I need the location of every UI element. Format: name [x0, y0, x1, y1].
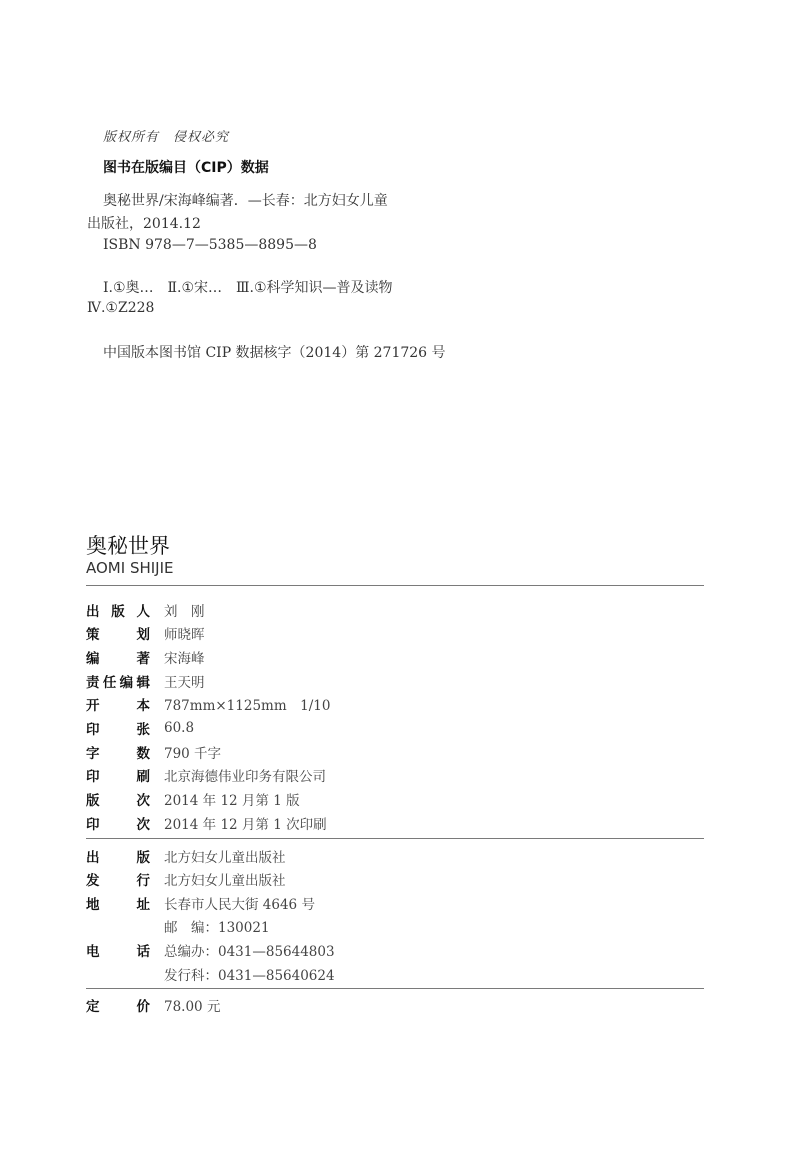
info-value: 北方妇女儿童出版社	[164, 846, 286, 866]
info-label: 出版人	[86, 600, 150, 620]
info-row: 地址长春市人民大街 4646 号	[86, 891, 315, 914]
label-char: 版	[86, 789, 100, 809]
label-char: 刷	[137, 765, 151, 785]
info-value: 发行科：0431—85640624	[164, 964, 335, 984]
info-label: 印刷	[86, 765, 150, 785]
info-row: 邮 编：130021	[86, 915, 270, 938]
label-char: 出	[86, 846, 100, 866]
info-value: 总编办：0431—85644803	[164, 940, 335, 960]
info-row: 印刷北京海德伟业印务有限公司	[86, 764, 326, 787]
info-row: 编著宋海峰	[86, 645, 205, 668]
cip-isbn: ISBN 978—7—5385—8895—8	[103, 237, 317, 253]
book-pinyin: AOMI SHIJIE	[86, 559, 174, 577]
info-row: 电话总编办：0431—85644803	[86, 938, 335, 961]
cip-verification: 中国版本图书馆 CIP 数据核字（2014）第 271726 号	[103, 342, 446, 362]
info-value: 邮 编：130021	[164, 916, 270, 936]
label-char: 电	[86, 940, 100, 960]
info-value: 787mm×1125mm 1/10	[164, 694, 330, 714]
label-char: 本	[137, 694, 151, 714]
label-char: 印	[86, 765, 100, 785]
info-row: 出版人刘 刚	[86, 598, 205, 621]
label-char: 编	[120, 671, 134, 691]
label-char: 划	[137, 623, 151, 643]
info-value: 2014 年 12 月第 1 版	[164, 789, 300, 809]
cip-classification-1: Ⅰ.①奥… Ⅱ.①宋… Ⅲ.①科学知识—普及读物	[103, 277, 393, 297]
book-title: 奥秘世界	[86, 530, 170, 560]
label-char: 数	[137, 742, 151, 762]
copyright-notice: 版权所有侵权必究	[103, 126, 229, 145]
info-row: 发行北方妇女儿童出版社	[86, 868, 286, 891]
info-value: 60.8	[164, 720, 194, 736]
cip-line-2: 出版社，2014.12	[87, 213, 201, 233]
info-row: 印张60.8	[86, 717, 194, 740]
cip-title: 图书在版编目（CIP）数据	[103, 157, 269, 177]
label-char: 人	[137, 600, 151, 620]
info-value: 王天明	[164, 671, 205, 691]
price-row: 定价78.00 元	[86, 993, 220, 1016]
label-char: 址	[137, 893, 151, 913]
copyright-part1: 版权所有	[103, 130, 159, 145]
info-label: 地址	[86, 893, 150, 913]
label-char: 开	[86, 694, 100, 714]
info-row: 出版北方妇女儿童出版社	[86, 844, 286, 867]
info-label: 版次	[86, 789, 150, 809]
info-label: 印张	[86, 718, 150, 738]
info-label: 字数	[86, 742, 150, 762]
info-value: 北京海德伟业印务有限公司	[164, 765, 326, 785]
label-char: 次	[137, 789, 151, 809]
label-char: 任	[103, 671, 117, 691]
info-row: 开本787mm×1125mm 1/10	[86, 693, 330, 716]
info-row: 印次2014 年 12 月第 1 次印刷	[86, 811, 327, 834]
label-char: 出	[86, 600, 100, 620]
label-char: 字	[86, 742, 100, 762]
price-label: 定价	[86, 995, 150, 1015]
info-label: 发行	[86, 869, 150, 889]
label-char: 地	[86, 893, 100, 913]
label-char: 编	[86, 647, 100, 667]
label-char: 张	[137, 718, 151, 738]
info-label: 开本	[86, 694, 150, 714]
price-value: 78.00 元	[164, 995, 220, 1015]
cip-line-1: 奥秘世界/宋海峰编著．—长春：北方妇女儿童	[103, 190, 388, 210]
info-row: 发行科：0431—85640624	[86, 962, 335, 985]
label-char: 责	[86, 671, 100, 691]
divider-bottom	[86, 988, 704, 989]
label-char: 策	[86, 623, 100, 643]
info-label: 编著	[86, 647, 150, 667]
info-value: 790 千字	[164, 742, 221, 762]
info-value: 宋海峰	[164, 647, 205, 667]
label-char: 印	[86, 718, 100, 738]
info-label: 出版	[86, 846, 150, 866]
label-char: 话	[137, 940, 151, 960]
info-label: 印次	[86, 813, 150, 833]
info-label: 策划	[86, 623, 150, 643]
info-value: 北方妇女儿童出版社	[164, 869, 286, 889]
label-char: 版	[111, 600, 125, 620]
info-value: 刘 刚	[164, 600, 205, 620]
cip-classification-2: Ⅳ.①Z228	[87, 300, 154, 316]
label-char: 行	[137, 869, 151, 889]
info-label: 责任编辑	[86, 671, 150, 691]
divider-middle	[86, 838, 704, 839]
label-char: 版	[137, 846, 151, 866]
info-value: 2014 年 12 月第 1 次印刷	[164, 813, 327, 833]
label-char: 辑	[136, 671, 150, 691]
label-char: 次	[137, 813, 151, 833]
info-row: 字数790 千字	[86, 740, 221, 763]
info-row: 版次2014 年 12 月第 1 版	[86, 788, 300, 811]
label-char: 发	[86, 869, 100, 889]
label-char: 印	[86, 813, 100, 833]
info-value: 师晓晖	[164, 623, 205, 643]
divider-top	[86, 585, 704, 586]
label-char: 著	[137, 647, 151, 667]
info-row: 策划师晓晖	[86, 622, 205, 645]
label-char: 定	[86, 995, 100, 1015]
info-row: 责任编辑王天明	[86, 669, 205, 692]
info-label: 电话	[86, 940, 150, 960]
info-value: 长春市人民大街 4646 号	[164, 893, 315, 913]
label-char: 价	[137, 995, 151, 1015]
copyright-part2: 侵权必究	[173, 130, 229, 145]
